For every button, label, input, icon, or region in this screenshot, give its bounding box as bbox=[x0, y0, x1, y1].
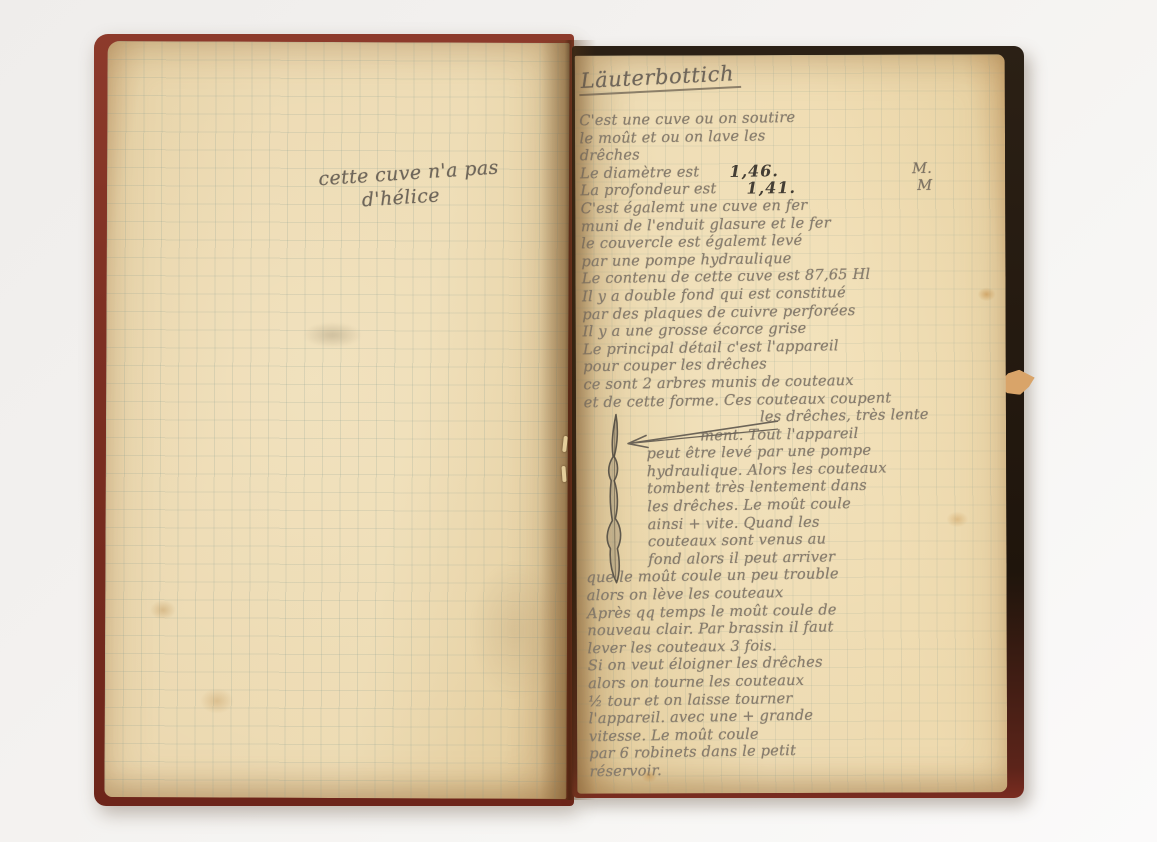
notebook-page-right: Läuterbottich C'est une cuve ou on souti… bbox=[575, 54, 1008, 793]
grid-paper-overlay bbox=[104, 41, 569, 799]
arrow-icon bbox=[612, 417, 782, 458]
measurement-unit: M bbox=[917, 177, 932, 195]
notebook-scan: cette cuve n'a pas d'hélice Läuterbottic… bbox=[0, 0, 1157, 842]
measurement-value: 1,46. bbox=[729, 162, 779, 180]
measurement-label: La profondeur est bbox=[580, 181, 716, 201]
measurement-unit: M. bbox=[912, 160, 932, 178]
notebook-page-left: cette cuve n'a pas d'hélice bbox=[104, 41, 569, 799]
measurement-value: 1,41. bbox=[746, 179, 796, 197]
page-title: Läuterbottich bbox=[578, 61, 741, 96]
measurement-label: Le diamètre est bbox=[580, 163, 700, 182]
binding-gutter bbox=[540, 40, 596, 800]
